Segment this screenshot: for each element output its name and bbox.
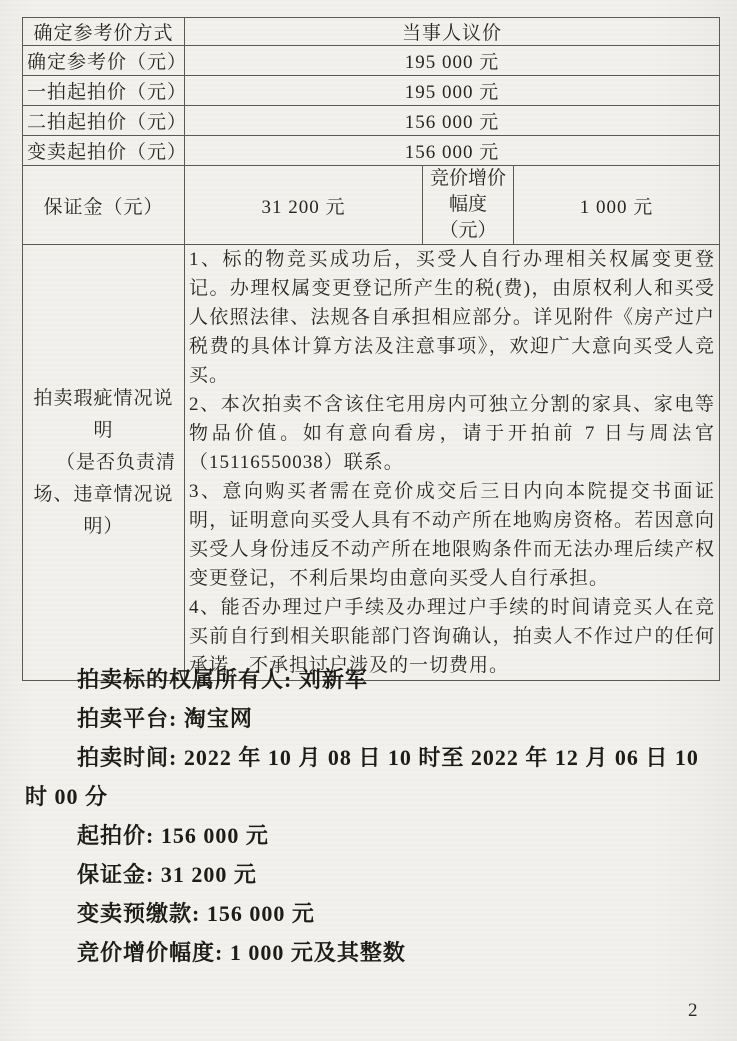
page-number: 2 bbox=[688, 1000, 698, 1022]
auction-info-table: 确定参考价方式 当事人议价 确定参考价（元） 195 000 元 一拍起拍价（元… bbox=[22, 17, 720, 681]
deposit-label-cell: 保证金（元） bbox=[23, 166, 185, 245]
row-label-cell: 确定参考价方式 bbox=[23, 18, 185, 46]
row-label-cell: 二拍起拍价（元） bbox=[23, 106, 185, 136]
table-row: 二拍起拍价（元） 156 000 元 bbox=[23, 106, 720, 136]
detail-line-deposit: 保证金: 31 200 元 bbox=[25, 855, 725, 894]
detail-line-bid-increment: 竞价增价幅度: 1 000 元及其整数 bbox=[25, 933, 725, 972]
defects-label-line1: 拍卖瑕疵情况说明 bbox=[27, 383, 180, 447]
bid-increment-label-line2: 幅度（元） bbox=[427, 192, 509, 244]
row-value-cell: 195 000 元 bbox=[185, 76, 720, 106]
document-page: 确定参考价方式 当事人议价 确定参考价（元） 195 000 元 一拍起拍价（元… bbox=[0, 0, 737, 1041]
defects-body-cell: 1、标的物竞买成功后，买受人自行办理相关权属变更登记。办理权属变更登记所产生的税… bbox=[185, 245, 720, 681]
table-row: 确定参考价（元） 195 000 元 bbox=[23, 46, 720, 76]
auction-details: 拍卖标的权属所有人: 刘新军 拍卖平台: 淘宝网 拍卖时间: 2022 年 10… bbox=[25, 660, 725, 972]
row-label-cell: 变卖起拍价（元） bbox=[23, 136, 185, 166]
row-label-cell: 一拍起拍价（元） bbox=[23, 76, 185, 106]
table-row: 一拍起拍价（元） 195 000 元 bbox=[23, 76, 720, 106]
row-value-cell: 156 000 元 bbox=[185, 106, 720, 136]
row-value-cell: 当事人议价 bbox=[185, 18, 720, 46]
detail-line-time: 拍卖时间: 2022 年 10 月 08 日 10 时至 2022 年 12 月… bbox=[25, 738, 725, 777]
detail-line-starting-price: 起拍价: 156 000 元 bbox=[25, 816, 725, 855]
defects-paragraph: 2、本次拍卖不含该住宅用房内可独立分割的家具、家电等物品价值。如有意向看房，请于… bbox=[189, 390, 715, 477]
table-row-deposit: 保证金（元） 31 200 元 竞价增价 幅度（元） 1 000 元 bbox=[23, 166, 720, 245]
table-row: 变卖起拍价（元） 156 000 元 bbox=[23, 136, 720, 166]
bid-increment-label-cell: 竞价增价 幅度（元） bbox=[423, 166, 514, 245]
defects-label-cell: 拍卖瑕疵情况说明 （是否负责清 场、违章情况说明） bbox=[23, 245, 185, 681]
defects-label-line3: 场、违章情况说明） bbox=[27, 479, 180, 543]
row-label-cell: 确定参考价（元） bbox=[23, 46, 185, 76]
row-value-cell: 195 000 元 bbox=[185, 46, 720, 76]
defects-label-line2: （是否负责清 bbox=[27, 447, 180, 479]
detail-line-time-continued: 时 00 分 bbox=[25, 777, 725, 816]
table-row: 确定参考价方式 当事人议价 bbox=[23, 18, 720, 46]
bid-increment-label-line1: 竞价增价 bbox=[427, 166, 509, 192]
row-value-cell: 156 000 元 bbox=[185, 136, 720, 166]
defects-paragraph: 3、意向购买者需在竞价成交后三日内向本院提交书面证明，证明意向买受人具有不动产所… bbox=[189, 477, 715, 593]
detail-line-platform: 拍卖平台: 淘宝网 bbox=[25, 699, 725, 738]
defects-paragraph: 1、标的物竞买成功后，买受人自行办理相关权属变更登记。办理权属变更登记所产生的税… bbox=[189, 245, 715, 390]
detail-line-sale-prepayment: 变卖预缴款: 156 000 元 bbox=[25, 894, 725, 933]
table-row-defects: 拍卖瑕疵情况说明 （是否负责清 场、违章情况说明） 1、标的物竞买成功后，买受人… bbox=[23, 245, 720, 681]
detail-line-owner: 拍卖标的权属所有人: 刘新军 bbox=[25, 660, 725, 699]
bid-increment-value-cell: 1 000 元 bbox=[514, 166, 720, 245]
deposit-value-cell: 31 200 元 bbox=[185, 166, 423, 245]
